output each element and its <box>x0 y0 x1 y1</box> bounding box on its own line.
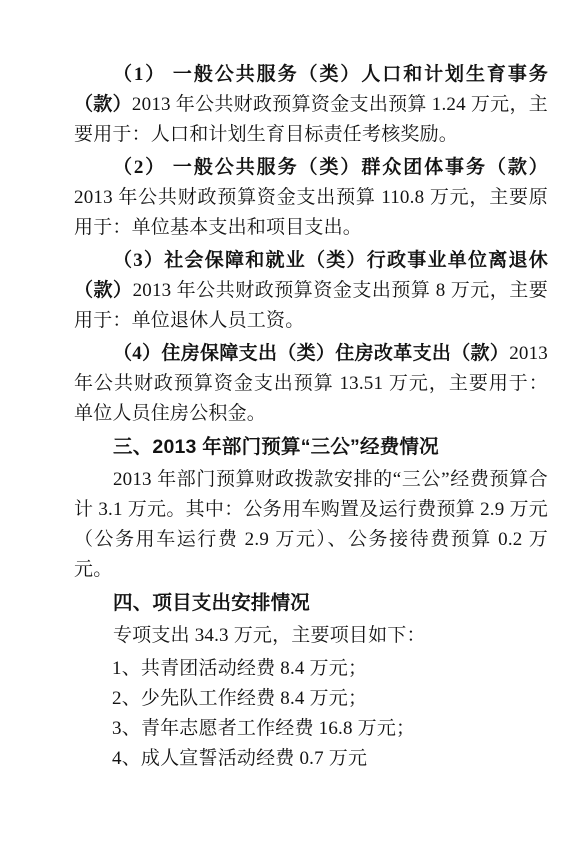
expense-paragraph-2: （2） 一般公共服务（类）群众团体事务（款）2013 年公共财政预算资金支出预算… <box>74 153 548 243</box>
expense-paragraph-3-text: 2013 年公共财政预算资金支出预算 8 万元，主要用于：单位退休人员工资。 <box>74 280 548 331</box>
expense-paragraph-2-heading: （2） 一般公共服务（类）群众团体事务（款） <box>113 157 548 178</box>
section-three-heading: 三、2013 年部门预算“三公”经费情况 <box>74 432 548 462</box>
project-item-3: 3、青年志愿者工作经费 16.8 万元； <box>74 714 548 744</box>
project-item-1: 1、共青团活动经费 8.4 万元； <box>74 654 548 684</box>
section-four-heading: 四、项目支出安排情况 <box>74 588 548 618</box>
expense-paragraph-4: （4）住房保障支出（类）住房改革支出（款）2013 年公共财政预算资金支出预算 … <box>74 339 548 429</box>
project-item-4: 4、成人宣誓活动经费 0.7 万元 <box>74 744 548 774</box>
section-three-body: 2013 年部门预算财政拨款安排的“三公”经费预算合计 3.1 万元。其中：公务… <box>74 465 548 585</box>
project-item-2: 2、少先队工作经费 8.4 万元； <box>74 684 548 714</box>
expense-paragraph-3: （3）社会保障和就业（类）行政事业单位离退休（款）2013 年公共财政预算资金支… <box>74 246 548 336</box>
expense-paragraph-1: （1） 一般公共服务（类）人口和计划生育事务（款）2013 年公共财政预算资金支… <box>74 60 548 150</box>
expense-paragraph-1-text: 2013 年公共财政预算资金支出预算 1.24 万元，主要用于：人口和计划生育目… <box>74 94 548 145</box>
expense-paragraph-4-heading: （4）住房保障支出（类）住房改革支出（款） <box>113 343 509 364</box>
document-page: （1） 一般公共服务（类）人口和计划生育事务（款）2013 年公共财政预算资金支… <box>0 0 580 867</box>
section-four-intro: 专项支出 34.3 万元，主要项目如下： <box>74 621 548 651</box>
expense-paragraph-2-text: 2013 年公共财政预算资金支出预算 110.8 万元，主要原用于：单位基本支出… <box>74 187 548 238</box>
